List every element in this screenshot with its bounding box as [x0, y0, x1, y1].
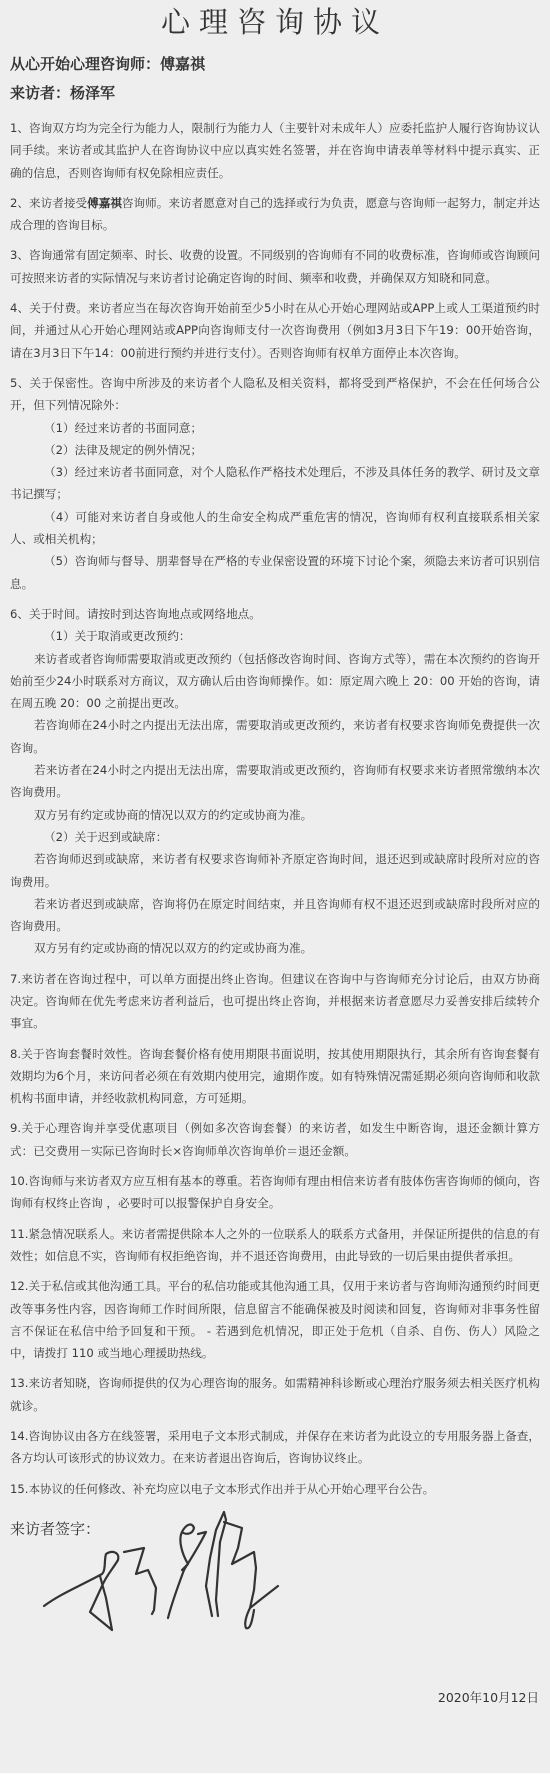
clause-2-counselor-name: 傅嘉祺 — [87, 196, 122, 210]
clause-5-item: （2）法律及规定的例外情况； — [10, 439, 540, 461]
clause-11: 11.紧急情况联系人。来访者需提供除本人之外的一位联系人的联系方式备用，并保证所… — [10, 1223, 540, 1268]
counselor-name: 傅嘉祺 — [160, 55, 205, 73]
clause-1: 1、咨询双方均为完全行为能力人，限制行为能力人（主要针对未成年人）应委托监护人履… — [10, 117, 540, 184]
clause-5-item: （1）经过来访者的书面同意； — [10, 417, 540, 439]
clause-7: 7.来访者在咨询过程中，可以单方面提出终止咨询。但建议在咨询中与咨询师充分讨论后… — [10, 968, 540, 1035]
clause-5: 5、关于保密性。咨询中所涉及的来访者个人隐私及相关资料，都将受到严格保护，不会在… — [10, 372, 540, 595]
visitor-label: 来访者： — [10, 84, 70, 102]
clause-10: 10.咨询师与来访者双方应互相有基本的尊重。若咨询师有理由相信来访者有肢体伤害咨… — [10, 1170, 540, 1215]
clause-13: 13.来访者知晓，咨询师提供的仅为心理咨询的服务。如需精神科诊断或心理治疗服务须… — [10, 1372, 540, 1417]
clause-6-sub1-item: 若咨询师在24小时之内提出无法出席，需要取消或更改预约，来访者有权要求咨询师免费… — [10, 714, 540, 759]
clause-6-sub2-item: 若咨询师迟到或缺席，来访者有权要求咨询师补齐原定咨询时间，退还迟到或缺席时段所对… — [10, 848, 540, 893]
clause-6-sub1-item: 来访者或者咨询师需要取消或更改预约（包括修改咨询时间、咨询方式等），需在本次预约… — [10, 648, 540, 715]
clause-2-prefix: 2、来访者接受 — [10, 196, 87, 210]
clause-6-intro: 6、关于时间。请按时到达咨询地点或网络地点。 — [10, 603, 540, 625]
clause-6-sub2-item: 若来访者迟到或缺席，咨询将仍在原定时间结束，并且咨询师有权不退还迟到或缺席时段所… — [10, 893, 540, 938]
clause-4: 4、关于付费。来访者应当在每次咨询开始前至少5小时在从心开始心理网站或APP上或… — [10, 297, 540, 364]
visitor-name: 杨泽军 — [70, 84, 115, 102]
clause-8: 8.关于咨询套餐时效性。咨询套餐价格有使用期限书面说明，按其使用期限执行，其余所… — [10, 1043, 540, 1110]
handwritten-signature-icon — [20, 1490, 320, 1640]
clause-12: 12.关于私信或其他沟通工具。平台的私信功能或其他沟通工具，仅用于来访者与咨询师… — [10, 1275, 540, 1364]
clause-5-item: （4）可能对来访者自身或他人的生命安全构成严重危害的情况，咨询师有权利直接联系相… — [10, 506, 540, 551]
agreement-document: 心理咨询协议 从心开始心理咨询师：傅嘉祺 来访者：杨泽军 1、咨询双方均为完全行… — [0, 0, 550, 1540]
clause-2: 2、来访者接受傅嘉祺咨询师。来访者愿意对自己的选择或行为负责，愿意与咨询师一起努… — [10, 192, 540, 237]
clause-3: 3、咨询通常有固定频率、时长、收费的设置。不同级别的咨询师有不同的收费标准，咨询… — [10, 244, 540, 289]
clause-5-item: （3）经过来访者书面同意，对个人隐私作严格技术处理后，不涉及具体任务的教学、研讨… — [10, 461, 540, 506]
clause-6-sub1-item: 双方另有约定或协商的情况以双方的约定或协商为准。 — [10, 804, 540, 826]
clause-6: 6、关于时间。请按时到达咨询地点或网络地点。 （1）关于取消或更改预约： 来访者… — [10, 603, 540, 960]
clause-14: 14.咨询协议由各方在线签署，采用电子文本形式制成，并保存在来访者为此设立的专用… — [10, 1425, 540, 1470]
clause-9: 9.关于心理咨询并享受优惠项目（例如多次咨询套餐）的来访者，如发生中断咨询，退还… — [10, 1117, 540, 1162]
clause-6-sub2-title: （2）关于迟到或缺席： — [10, 826, 540, 848]
page-title: 心理咨询协议 — [10, 0, 540, 42]
clause-5-item: （5）咨询师与督导、朋辈督导在严格的专业保密设置的环境下讨论个案，须隐去来访者可… — [10, 550, 540, 595]
clause-list: 1、咨询双方均为完全行为能力人，限制行为能力人（主要针对未成年人）应委托监护人履… — [10, 117, 540, 1500]
visitor-line: 来访者：杨泽军 — [10, 79, 540, 108]
counselor-line: 从心开始心理咨询师：傅嘉祺 — [10, 50, 540, 79]
counselor-label: 从心开始心理咨询师： — [10, 55, 160, 73]
signature-date: 2020年10月12日 — [438, 1688, 539, 1706]
clause-5-intro: 5、关于保密性。咨询中所涉及的来访者个人隐私及相关资料，都将受到严格保护，不会在… — [10, 372, 540, 417]
clause-6-sub1-item: 若来访者在24小时之内提出无法出席，需要取消或更改预约，咨询师有权要求来访者照常… — [10, 759, 540, 804]
clause-6-sub2-item: 双方另有约定或协商的情况以双方的约定或协商为准。 — [10, 937, 540, 959]
clause-6-sub1-title: （1）关于取消或更改预约： — [10, 625, 540, 647]
